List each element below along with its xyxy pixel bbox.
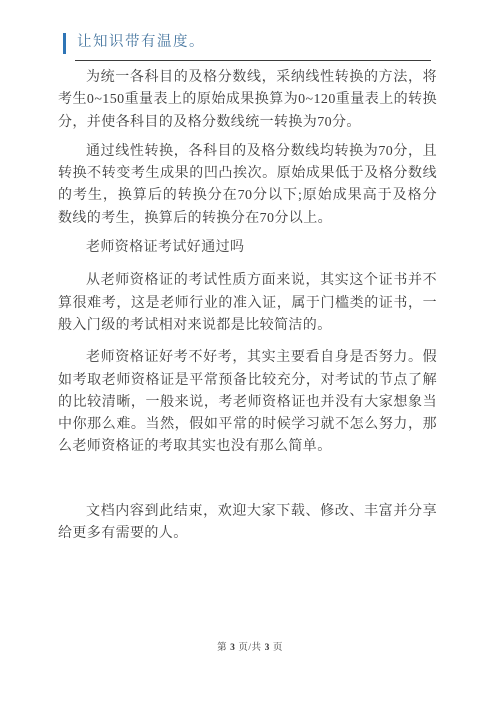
paragraph-closing-note: 文档内容到此结束，欢迎大家下载、修改、丰富并分享给更多有需要的人。 (58, 501, 437, 546)
header-accent-bar (63, 33, 66, 54)
footer-total-page-number: 3 (265, 643, 270, 653)
footer-current-page-number: 3 (230, 643, 235, 653)
paragraph-linear-transform: 通过线性转换，各科目的及格分数线均转换为70分，且转换不转变考生成果的凹凸挨次。… (58, 141, 437, 230)
document-body: 为统一各科目的及格分数线，采纳线性转换的方法，将考生0~150重量表上的原始成果… (58, 60, 437, 545)
header-slogan: 让知识带有温度。 (77, 32, 205, 53)
footer-separator-label: 页/共 (238, 643, 261, 653)
document-page: 让知识带有温度。 为统一各科目的及格分数线，采纳线性转换的方法，将考生0~150… (0, 0, 500, 707)
paragraph-exam-nature: 从老师资格证的考试性质方面来说，其实这个证书并不算很难考，这是老师行业的准入证，… (58, 270, 437, 337)
section-heading-teacher-cert: 老师资格证考试好通过吗 (58, 237, 437, 259)
footer-prefix-label: 第 (217, 643, 227, 653)
paragraph-exam-effort: 老师资格证好考不好考，其实主要看自身是否努力。假如考取老师资格证是平常预备比较充… (58, 347, 437, 458)
paragraph-score-conversion: 为统一各科目的及格分数线，采纳线性转换的方法，将考生0~150重量表上的原始成果… (58, 67, 437, 134)
footer-suffix-label: 页 (273, 643, 283, 653)
page-number-footer: 第3页/共3页 (0, 639, 500, 653)
